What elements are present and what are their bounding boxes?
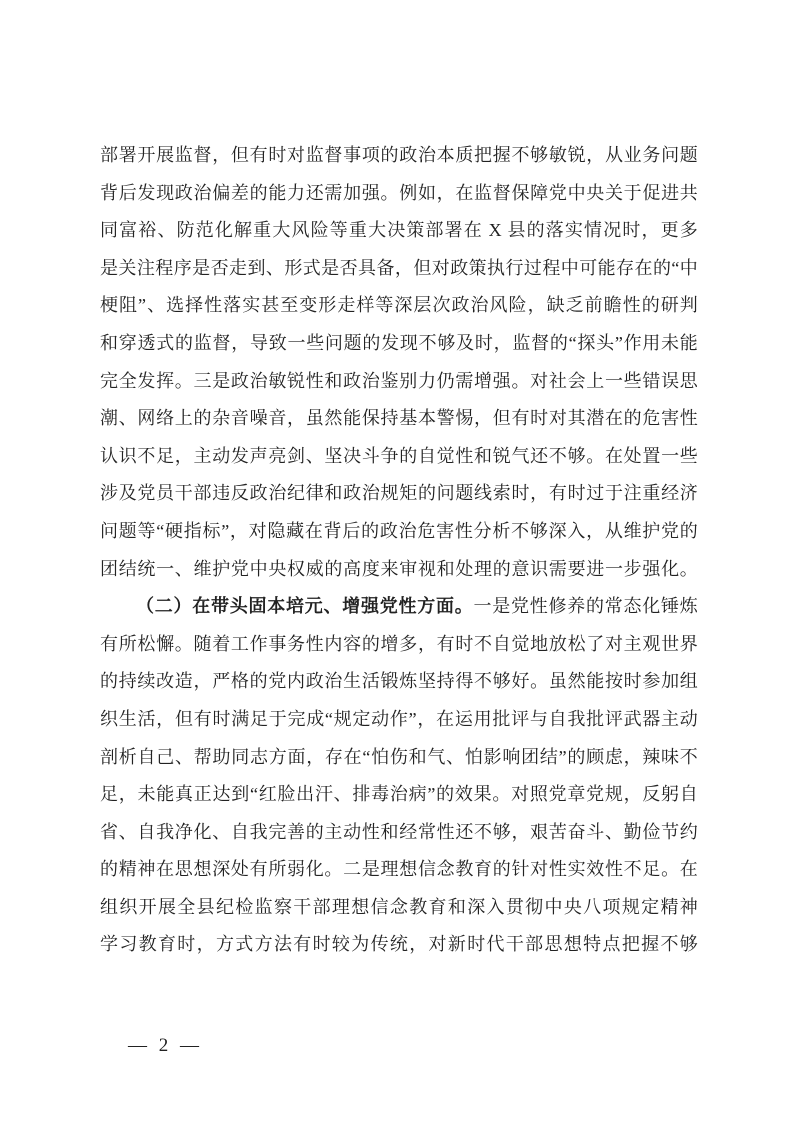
text-segment-kai: 一是党性修养的常态化锤炼 bbox=[474, 596, 698, 616]
text-segment-normal: 潮、网络上的杂音噪音，虽然能保持基本警惕，但有时对其潜在的危害性 bbox=[100, 408, 698, 428]
page-number: — 2 — bbox=[128, 1033, 199, 1059]
text-line: 足，未能真正达到“红脸出汗、排毒治病”的效果。对照党章党规，反躬自 bbox=[100, 776, 698, 814]
text-segment-normal: 完全发挥。 bbox=[100, 371, 194, 391]
text-line: 同富裕、防范化解重大风险等重大决策部署在 X 县的落实情况时，更多 bbox=[100, 212, 698, 250]
text-line: 是关注程序是否走到、形式是否具备，但对政策执行过程中可能存在的“中 bbox=[100, 250, 698, 288]
text-line: 背后发现政治偏差的能力还需加强。例如，在监督保障党中央关于促进共 bbox=[100, 175, 698, 213]
text-segment-normal: 背后发现政治偏差的能力还需加强。例如，在监督保障党中央关于促进共 bbox=[100, 183, 698, 203]
text-segment-normal: 足，未能真正达到“红脸出汗、排毒治病”的效果。对照党章党规，反躬自 bbox=[100, 784, 698, 804]
text-segment-kai: 三是政治敏锐性和政治鉴别力仍需增强。 bbox=[194, 371, 531, 391]
text-segment-normal: 问题等“硬指标”，对隐藏在背后的政治危害性分析不够深入，从维护党的 bbox=[100, 521, 698, 541]
text-line: 梗阻”、选择性落实甚至变形走样等深层次政治风险，缺乏前瞻性的研判 bbox=[100, 287, 698, 325]
text-line: 和穿透式的监督，导致一些问题的发现不够及时，监督的“探头”作用未能 bbox=[100, 325, 698, 363]
text-segment-normal: 省、自我净化、自我完善的主动性和经常性还不够，艰苦奋斗、勤俭节约 bbox=[100, 822, 698, 842]
text-line: 团结统一、维护党中央权威的高度来审视和处理的意识需要进一步强化。 bbox=[100, 551, 698, 589]
text-segment-normal: 剖析自己、帮助同志方面，存在“怕伤和气、怕影响团结”的顾虑，辣味不 bbox=[100, 747, 698, 767]
text-line: 剖析自己、帮助同志方面，存在“怕伤和气、怕影响团结”的顾虑，辣味不 bbox=[100, 739, 698, 777]
text-line: （二）在带头固本培元、增强党性方面。一是党性修养的常态化锤炼 bbox=[100, 588, 698, 626]
text-segment-normal: 和穿透式的监督，导致一些问题的发现不够及时，监督的“探头”作用未能 bbox=[100, 333, 698, 353]
text-segment-normal: 对社会上一些错误思 bbox=[530, 371, 698, 391]
text-line: 部署开展监督，但有时对监督事项的政治本质把握不够敏锐，从业务问题 bbox=[100, 137, 698, 175]
text-line: 的持续改造，严格的党内政治生活锻炼坚持得不够好。虽然能按时参加组 bbox=[100, 663, 698, 701]
text-line: 有所松懈。随着工作事务性内容的增多，有时不自觉地放松了对主观世界 bbox=[100, 626, 698, 664]
text-line: 学习教育时，方式方法有时较为传统，对新时代干部思想特点把握不够准， bbox=[100, 926, 698, 964]
paragraph-party-spirit: （二）在带头固本培元、增强党性方面。一是党性修养的常态化锤炼有所松懈。随着工作事… bbox=[100, 588, 698, 964]
text-segment-kai: 有所松懈。 bbox=[100, 634, 194, 654]
document-body: 部署开展监督，但有时对监督事项的政治本质把握不够敏锐，从业务问题背后发现政治偏差… bbox=[100, 137, 698, 964]
text-segment-normal: 认识不足，主动发声亮剑、坚决斗争的自觉性和锐气还不够。在处置一些 bbox=[100, 446, 698, 466]
text-segment-normal: 织生活，但有时满足于完成“规定动作”，在运用批评与自我批评武器主动 bbox=[100, 709, 698, 729]
text-segment-bold: （二）在带头固本培元、增强党性方面。 bbox=[136, 596, 474, 616]
text-line: 织生活，但有时满足于完成“规定动作”，在运用批评与自我批评武器主动 bbox=[100, 701, 698, 739]
text-segment-normal: 涉及党员干部违反政治纪律和政治规矩的问题线索时，有时过于注重经济 bbox=[100, 483, 698, 503]
text-segment-normal: 组织开展全县纪检监察干部理想信念教育和深入贯彻中央八项规定精神 bbox=[100, 897, 698, 917]
text-segment-normal: 的精神在思想深处有所弱化。 bbox=[100, 859, 343, 879]
text-line: 组织开展全县纪检监察干部理想信念教育和深入贯彻中央八项规定精神 bbox=[100, 889, 698, 927]
text-line: 潮、网络上的杂音噪音，虽然能保持基本警惕，但有时对其潜在的危害性 bbox=[100, 400, 698, 438]
text-segment-normal: 梗阻”、选择性落实甚至变形走样等深层次政治风险，缺乏前瞻性的研判 bbox=[100, 295, 698, 315]
text-segment-normal: 随着工作事务性内容的增多，有时不自觉地放松了对主观世界 bbox=[194, 634, 698, 654]
text-line: 涉及党员干部违反政治纪律和政治规矩的问题线索时，有时过于注重经济 bbox=[100, 475, 698, 513]
paragraph-political-supervision: 部署开展监督，但有时对监督事项的政治本质把握不够敏锐，从业务问题背后发现政治偏差… bbox=[100, 137, 698, 588]
text-segment-normal: 学习教育时，方式方法有时较为传统，对新时代干部思想特点把握不够准， bbox=[100, 934, 698, 964]
text-line: 问题等“硬指标”，对隐藏在背后的政治危害性分析不够深入，从维护党的 bbox=[100, 513, 698, 551]
text-segment-normal: 在 bbox=[680, 859, 698, 879]
text-line: 完全发挥。三是政治敏锐性和政治鉴别力仍需增强。对社会上一些错误思 bbox=[100, 363, 698, 401]
text-segment-normal: 是关注程序是否走到、形式是否具备，但对政策执行过程中可能存在的“中 bbox=[100, 258, 698, 278]
text-line: 省、自我净化、自我完善的主动性和经常性还不够，艰苦奋斗、勤俭节约 bbox=[100, 814, 698, 852]
text-segment-normal: 同富裕、防范化解重大风险等重大决策部署在 X 县的落实情况时，更多 bbox=[100, 220, 698, 240]
text-segment-kai: 二是理想信念教育的针对性实效性不足。 bbox=[343, 859, 680, 879]
text-segment-normal: 部署开展监督，但有时对监督事项的政治本质把握不够敏锐，从业务问题 bbox=[100, 145, 698, 165]
document-page: 部署开展监督，但有时对监督事项的政治本质把握不够敏锐，从业务问题背后发现政治偏差… bbox=[0, 0, 793, 1122]
text-segment-normal: 团结统一、维护党中央权威的高度来审视和处理的意识需要进一步强化。 bbox=[100, 559, 698, 579]
text-line: 认识不足，主动发声亮剑、坚决斗争的自觉性和锐气还不够。在处置一些 bbox=[100, 438, 698, 476]
text-segment-normal: 的持续改造，严格的党内政治生活锻炼坚持得不够好。虽然能按时参加组 bbox=[100, 671, 698, 691]
text-line: 的精神在思想深处有所弱化。二是理想信念教育的针对性实效性不足。在 bbox=[100, 851, 698, 889]
